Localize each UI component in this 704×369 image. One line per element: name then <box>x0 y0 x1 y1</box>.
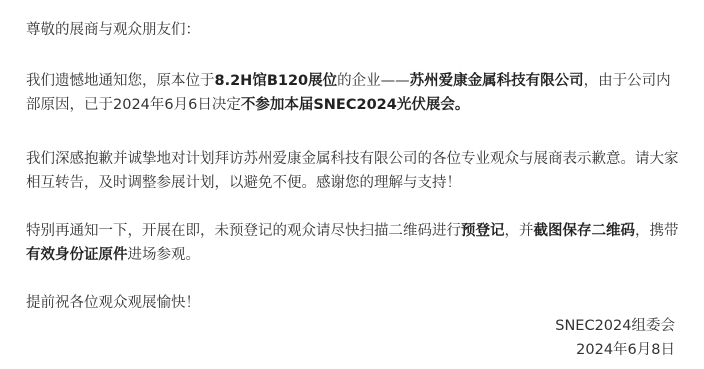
id-document-emphasis: 有效身份证原件 <box>26 247 128 263</box>
signature-date: 2024年6月8日 <box>576 338 675 362</box>
text-segment: ，并 <box>505 223 534 239</box>
text-segment: 我们遗憾地通知您，原本位于 <box>26 73 215 89</box>
pre-registration-emphasis: 预登记 <box>461 223 505 239</box>
paragraph-registration-reminder: 特别再通知一下，开展在即，未预登记的观众请尽快扫描二维码进行预登记，并截图保存二… <box>26 219 682 268</box>
notice-letter: 尊敬的展商与观众朋友们： 我们遗憾地通知您，原本位于8.2H馆B120展位的企业… <box>26 18 682 315</box>
closing-wishes: 提前祝各位观众观展愉快！ <box>26 291 682 316</box>
save-qr-emphasis: 截图保存二维码 <box>534 223 636 239</box>
paragraph-withdrawal-notice: 我们遗憾地通知您，原本位于8.2H馆B120展位的企业——苏州爱康金属科技有限公… <box>26 69 682 118</box>
text-segment: 进场参观。 <box>128 247 201 263</box>
text-segment: 特别再通知一下，开展在即，未预登记的观众请尽快扫描二维码进行 <box>26 223 461 239</box>
text-segment: 的企业—— <box>337 73 410 89</box>
paragraph-apology: 我们深感抱歉并诚挚地对计划拜访苏州爱康金属科技有限公司的各位专业观众与展商表示歉… <box>26 147 682 196</box>
booth-location: 8.2H馆B120展位 <box>215 73 338 89</box>
signature-organizer: SNEC2024组委会 <box>555 314 675 338</box>
company-name: 苏州爱康金属科技有限公司 <box>410 73 584 89</box>
greeting: 尊敬的展商与观众朋友们： <box>26 18 682 43</box>
withdrawal-statement: 不参加本届SNEC2024光伏展会。 <box>241 97 469 113</box>
text-segment: ，携带 <box>635 223 679 239</box>
